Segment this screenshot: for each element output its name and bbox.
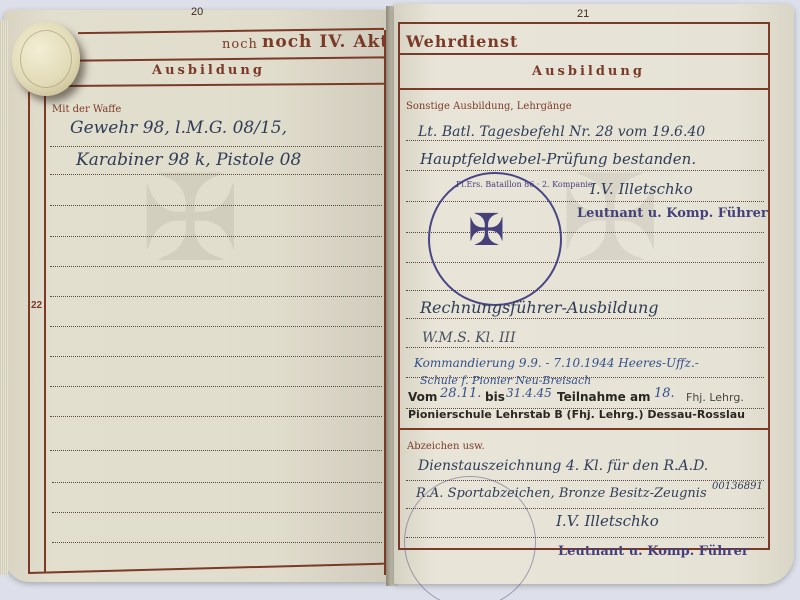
handwritten-signature: I.V. Illetschko — [590, 180, 693, 198]
dotted-line — [50, 266, 382, 267]
open-service-book: ✠ 20 noch noch IV. Aktiver Ausbildung 22… — [0, 0, 800, 600]
dotted-line — [406, 170, 764, 171]
right-header-bottom-rule — [398, 53, 770, 55]
dotted-line — [50, 205, 382, 206]
dotted-line — [50, 146, 382, 147]
dotted-line — [406, 347, 764, 348]
right-field-label: Sonstige Ausbildung, Lehrgänge — [406, 101, 572, 112]
participation-label: Teilnahme am — [557, 390, 651, 404]
dotted-line — [52, 542, 382, 543]
dotted-line — [50, 326, 382, 327]
handwritten-accounting-training: Rechnungsführer-Ausbildung — [420, 298, 659, 317]
dotted-line — [406, 318, 764, 319]
dotted-line — [52, 482, 382, 483]
dotted-line — [52, 512, 382, 513]
left-section-title: Ausbildung — [152, 63, 265, 78]
handwritten-order-entry: Lt. Batl. Tagesbefehl Nr. 28 vom 19.6.40 — [418, 124, 705, 140]
dotted-line — [50, 386, 382, 387]
participation-number: 18. — [654, 386, 675, 401]
dotted-line — [50, 296, 382, 297]
seal-text: Pi.Ers. Bataillon 86 · 2. Kompanie — [456, 180, 593, 189]
handwritten-weapons-line-2: Karabiner 98 k, Pistole 08 — [76, 150, 301, 170]
course-suffix: Fhj. Lehrg. — [686, 391, 744, 404]
header-prefix: noch — [222, 37, 258, 52]
course-from-label: Vom — [408, 390, 437, 404]
left-outer-vertical-rule — [28, 92, 30, 572]
course-to-date: 31.4.45 — [506, 386, 552, 400]
school-name: Pionierschule Lehrstab B (Fhj. Lehrg.) D… — [408, 408, 745, 421]
left-inner-vertical-rule — [44, 92, 46, 572]
watermark-eagle-icon: ✠ — [140, 150, 241, 289]
handwritten-service-award: Dienstauszeichnung 4. Kl. für den R.A.D. — [418, 458, 708, 474]
handwritten-weapons-line-1: Gewehr 98, l.M.G. 08/15, — [70, 118, 287, 138]
page-edges — [0, 20, 8, 575]
right-section-bottom-rule — [398, 88, 770, 90]
handwritten-class-entry: W.M.S. Kl. III — [422, 330, 516, 346]
rank-stamp: Leutnant u. Komp. Führer — [577, 206, 768, 221]
dotted-line — [50, 174, 382, 175]
dotted-line — [50, 356, 382, 357]
coin — [12, 22, 80, 96]
handwritten-assignment-entry: Kommandierung 9.9. - 7.10.1944 Heeres-Uf… — [414, 356, 699, 370]
right-section-title: Ausbildung — [532, 64, 645, 79]
eagle-emblem-icon: ✠ — [468, 205, 505, 256]
right-page-header: Wehrdienst — [406, 32, 518, 51]
dotted-line — [50, 236, 382, 237]
dotted-line — [406, 140, 764, 141]
handwritten-exam-entry: Hauptfeldwebel-Prüfung bestanden. — [420, 150, 696, 168]
dotted-line — [50, 416, 382, 417]
badges-label: Abzeichen usw. — [407, 441, 485, 452]
course-to-label: bis — [485, 390, 505, 404]
left-page-header: noch — [222, 34, 258, 52]
handwritten-signature-bottom: I.V. Illetschko — [556, 512, 659, 530]
dotted-line — [50, 450, 382, 451]
badge-number: 00136891 — [712, 481, 763, 492]
margin-number: 22 — [31, 300, 42, 311]
faint-seal — [404, 476, 536, 600]
rank-stamp-bottom: Leutnant u. Komp. Führer — [558, 544, 749, 559]
right-page-number: 21 — [577, 8, 589, 20]
course-from-date: 28.11. — [440, 386, 481, 401]
left-field-label: Mit der Waffe — [52, 104, 121, 115]
left-page-number: 20 — [191, 6, 203, 18]
badges-section-rule — [398, 428, 770, 430]
